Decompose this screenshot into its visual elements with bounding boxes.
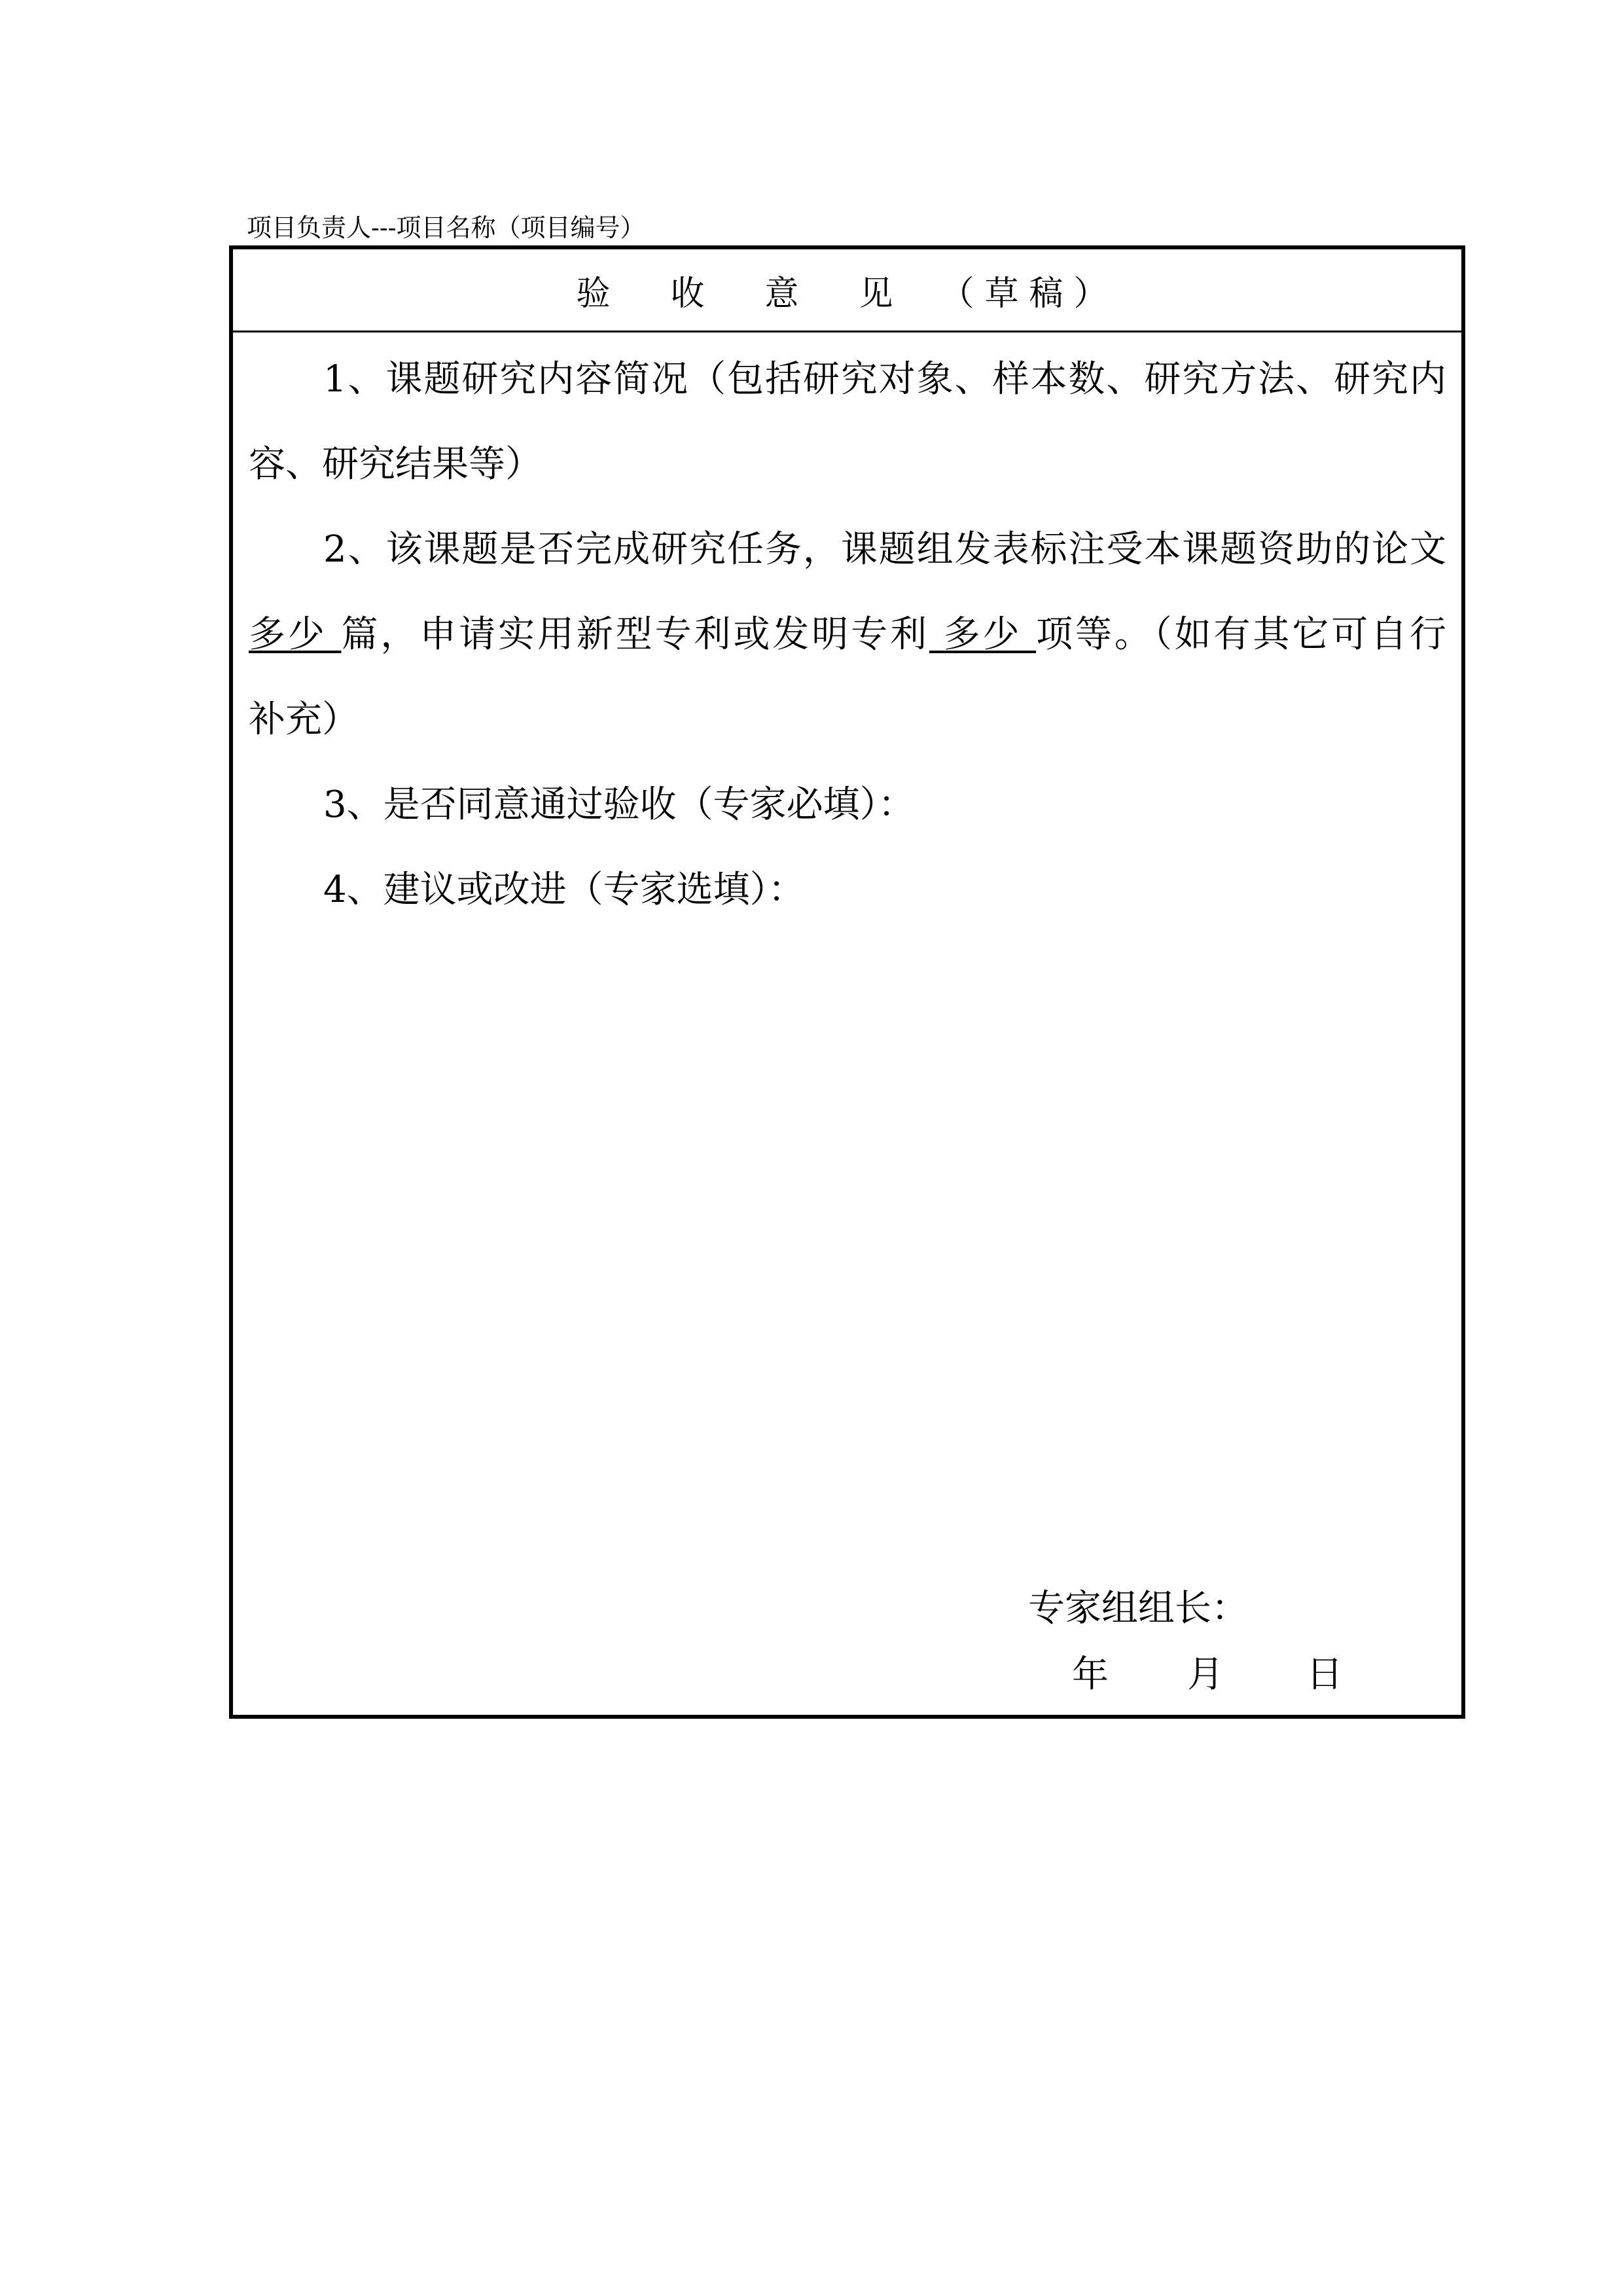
table-title-row: 验收意见（草稿）: [233, 249, 1461, 332]
date-year-label: 年: [1072, 1653, 1109, 1696]
item-3-approval-question: 3、是否同意通过验收（专家必填）：: [249, 782, 1446, 828]
patent-count-blank[interactable]: 多少: [929, 613, 1036, 656]
date-month-label: 月: [1187, 1653, 1224, 1696]
acceptance-opinion-table: 验收意见（草稿） 1、课题研究内容简况（包括研究对象、样本数、研究方法、研究内 …: [229, 245, 1465, 1719]
expert-leader-label: 专家组组长：: [1028, 1587, 1248, 1630]
item-2-text-papers: 篇，申请实用新型专利或发明专利: [341, 613, 929, 656]
item-1-line-2: 容、研究结果等）: [249, 442, 1446, 488]
table-title-main: 验收意见: [576, 274, 953, 314]
paper-count-blank[interactable]: 多少: [249, 613, 341, 656]
item-2-line-3: 补充）: [249, 697, 1446, 743]
item-1-line-1: 1、课题研究内容简况（包括研究对象、样本数、研究方法、研究内: [249, 357, 1446, 403]
table-title-draft-tag: （草稿）: [940, 274, 1118, 314]
item-4-suggestions: 4、建议或改进（专家选填）：: [249, 867, 1446, 913]
item-2-line-1: 2、该课题是否完成研究任务，课题组发表标注受本课题资助的论文: [249, 527, 1446, 573]
item-2-line-2: 多少 篇，申请实用新型专利或发明专利 多少 项等。（如有其它可自行: [249, 612, 1446, 658]
page-header-project-info: 项目负责人---项目名称（项目编号）: [247, 212, 645, 243]
date-day-label: 日: [1306, 1653, 1343, 1696]
item-2-text-patents: 项等。（如有其它可自行: [1036, 613, 1446, 656]
table-title: 验收意见（草稿）: [233, 273, 1461, 315]
